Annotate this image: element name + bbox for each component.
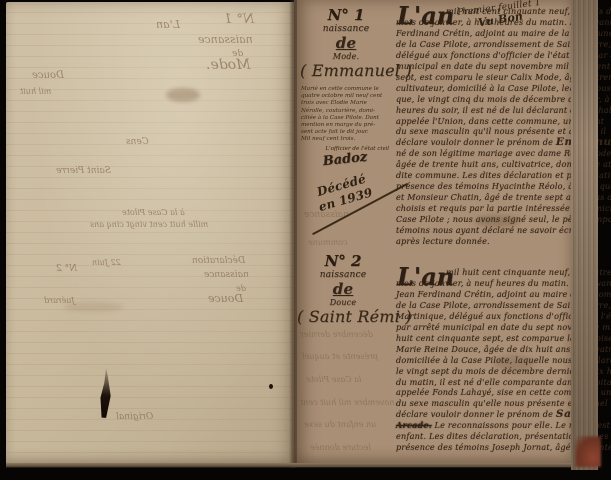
- bleedthrough-text: Déclaration: [192, 256, 245, 266]
- manuscript-line: enfant. Les dites déclaration, présentat…: [396, 431, 568, 442]
- manuscript-line: le vingt sept du mois de décembre dernie…: [396, 366, 568, 377]
- mention-line: Nérolle, couturière, domi-: [301, 108, 389, 115]
- binding-corner: [575, 436, 601, 467]
- paper-stain: [166, 88, 200, 102]
- right-page: naissancecommunedécembre dernierprésente…: [294, 0, 571, 467]
- manuscript-line: dite commune. Les dites déclaration et p…: [396, 170, 568, 181]
- paper-stain: [494, 355, 534, 371]
- manuscript-line: mil huit cent cinquante neuf, le quatre …: [396, 267, 568, 278]
- manuscript-line: choisis et requis par la partie intéress…: [396, 203, 568, 214]
- bleedthrough-text: mille huit cent vingt cinq ans: [90, 220, 208, 229]
- bleedthrough-text: Douce: [32, 70, 64, 81]
- bleedthrough-text: N° 1: [224, 12, 254, 27]
- bleedthrough-text: décembre dernier: [300, 330, 373, 339]
- entry2-number: N° 2: [297, 252, 389, 270]
- death-note: Décédé en 1939: [313, 171, 374, 215]
- mention-lines: Marié en cette commune lequatre octobre …: [301, 86, 389, 144]
- paper-stain: [64, 302, 124, 312]
- bleedthrough-text: Mode.: [206, 57, 250, 73]
- mention-line: mention en marge du pré-: [301, 122, 389, 129]
- manuscript-line: et Monsieur Chatin, âgé de trente sept a…: [396, 192, 568, 203]
- ink-blot: [96, 368, 113, 419]
- manuscript-line: Marie Reine Douce, âgée de dix huit ans,…: [396, 344, 568, 355]
- book-gutter-shadow: [289, 0, 297, 468]
- manuscript-line: appelée Fonds Lahayé, sise en cette comm…: [396, 387, 568, 398]
- bleedthrough-text: un enfant du sexe: [304, 420, 376, 429]
- manuscript-line: domiciliée à la Case Pilote, laquelle no…: [396, 355, 568, 366]
- bleedthrough-text: Douce: [208, 292, 243, 305]
- margin-header-line: de: [300, 34, 392, 52]
- page-bottom-edge: [6, 463, 571, 468]
- struck-word: Arcade.: [396, 420, 432, 430]
- manuscript-line: Arcade. Le reconnaissons pour elle. Le m…: [396, 420, 568, 431]
- manuscript-line: Jean Ferdinand Crétin, adjoint au maire …: [396, 289, 568, 300]
- manuscript-line: déclare vouloir donner le prénom de Emma…: [396, 137, 568, 148]
- bleedthrough-text: présente et auquel: [302, 352, 378, 361]
- manuscript-line: Martinique, délégué aux fonctions d'offi…: [396, 311, 568, 322]
- margin-header-line: ( Saint Rémi ): [297, 307, 389, 326]
- bleedthrough-text: naissance: [204, 270, 249, 280]
- paper-stain: [474, 215, 520, 227]
- manuscript-line: sept, est comparu le sieur Calix Mode, â…: [396, 72, 568, 83]
- manuscript-line: du sexe masculin qu'il nous présente et …: [396, 126, 568, 137]
- manuscript-line: du sexe masculin qu'elle nous présente e…: [396, 398, 568, 409]
- entry1-body-text: mil huit cent cinquante neuf, le trois d…: [396, 6, 568, 247]
- manuscript-line: présence des témoins Hyacinthe Réolo, âg…: [396, 181, 568, 192]
- manuscript-line: déclare vouloir donner le prénom de Sain…: [396, 409, 568, 420]
- entry1-margin-header: N° 1 naissancedeMode.( Emmanuel ): [300, 6, 392, 80]
- margin-header-line: Mode.: [300, 52, 392, 61]
- manuscript-line: de la Case Pilote, arrondissement de Sai…: [396, 39, 568, 50]
- bleedthrough-text: Original: [116, 412, 153, 422]
- margin-header-line: Douce: [297, 298, 389, 307]
- mention-line: trois avec Élodie Marie: [301, 100, 389, 107]
- margin-header-line: ( Emmanuel ): [300, 61, 392, 80]
- scanned-register-photo: N° 1L'annaissancedeMode.Doucemil huitCen…: [0, 0, 611, 480]
- manuscript-line: du matin, il est né d'elle comparante da…: [396, 377, 568, 388]
- book-page-edges: [571, 0, 598, 470]
- bleedthrough-text: Cens: [126, 137, 149, 147]
- manuscript-line: Ferdinand Crétin, adjoint au maire de la…: [396, 28, 568, 39]
- bleedthrough-text: lecture donnée: [310, 443, 371, 452]
- bleedthrough-text: la Case Pilote: [306, 375, 361, 384]
- mention-line: sent acte fait le dit jour.: [301, 129, 389, 136]
- bleedthrough-text: novembre mil huit cent: [300, 398, 394, 407]
- ink-speck: [269, 384, 273, 389]
- margin-header-line: naissance: [297, 270, 389, 280]
- entry1-number: N° 1: [300, 6, 392, 24]
- manuscript-line: de la Case Pilote, arrondissement de Sai…: [396, 300, 568, 311]
- bleedthrough-text: mil huit: [20, 87, 51, 96]
- manuscript-line: huit cent cinquante sept, est comparue l…: [396, 333, 568, 344]
- margin-header-line: naissance: [300, 24, 392, 34]
- bleedthrough-text: à la Case Pilote: [122, 208, 185, 217]
- bleedthrough-text: 22 Juin: [92, 258, 121, 267]
- manuscript-line: cultivateur, domicilié à la Case Pilote,…: [396, 83, 568, 94]
- bleedthrough-text: Saint Pierre: [56, 166, 111, 176]
- manuscript-line: mil huit cent cinquante neuf, le trois d…: [396, 6, 568, 17]
- manuscript-line: mois de janvier, à huit heures du matin.…: [396, 17, 568, 28]
- entry1-marginal-mention: Marié en cette commune lequatre octobre …: [301, 86, 389, 167]
- manuscript-line: né de son légitime mariage avec dame Ros…: [396, 148, 568, 159]
- manuscript-line: délégué aux fonctions d'officier de l'ét…: [396, 50, 568, 61]
- mention-line: Marié en cette commune le: [301, 86, 389, 93]
- margin-header-line: de: [297, 280, 389, 298]
- bleedthrough-text: N° 2: [56, 264, 77, 274]
- manuscript-line: présence des témoins Joseph Jornat, âgé …: [396, 442, 568, 453]
- entry2-body-text: mil huit cent cinquante neuf, le quatre …: [396, 267, 568, 453]
- manuscript-line: après lecture donnée.: [396, 236, 568, 247]
- manuscript-line: appelée l'Union, dans cette commune, un …: [396, 116, 568, 127]
- entry2-margin-header: N° 2 naissancedeDouce( Saint Rémi ): [297, 252, 389, 326]
- manuscript-line: heures du soir, il est né de lui déclara…: [396, 105, 568, 116]
- bleedthrough-text: naissance: [198, 33, 253, 46]
- mention-line: Mil neuf cent trois.: [301, 136, 389, 143]
- manuscript-line: par arrêté municipal en date du sept nov…: [396, 322, 568, 333]
- manuscript-line: municipal en date du sept novembre mil h…: [396, 61, 568, 72]
- manuscript-line: mois de janvier, à neuf heures du matin.…: [396, 278, 568, 289]
- left-page: N° 1L'annaissancedeMode.Doucemil huitCen…: [6, 2, 294, 465]
- bleedthrough-text: L'an: [156, 18, 180, 31]
- manuscript-line: témoins nous ayant déclaré ne savoir écr…: [396, 225, 568, 236]
- mention-line: ciliée à la Case Pilote. Dont: [301, 115, 389, 122]
- bleedthrough-text: commune: [308, 238, 348, 247]
- manuscript-line: âgée de trente huit ans, cultivatrice, d…: [396, 159, 568, 170]
- manuscript-line: que, le vingt cinq du mois de décembre d…: [396, 94, 568, 105]
